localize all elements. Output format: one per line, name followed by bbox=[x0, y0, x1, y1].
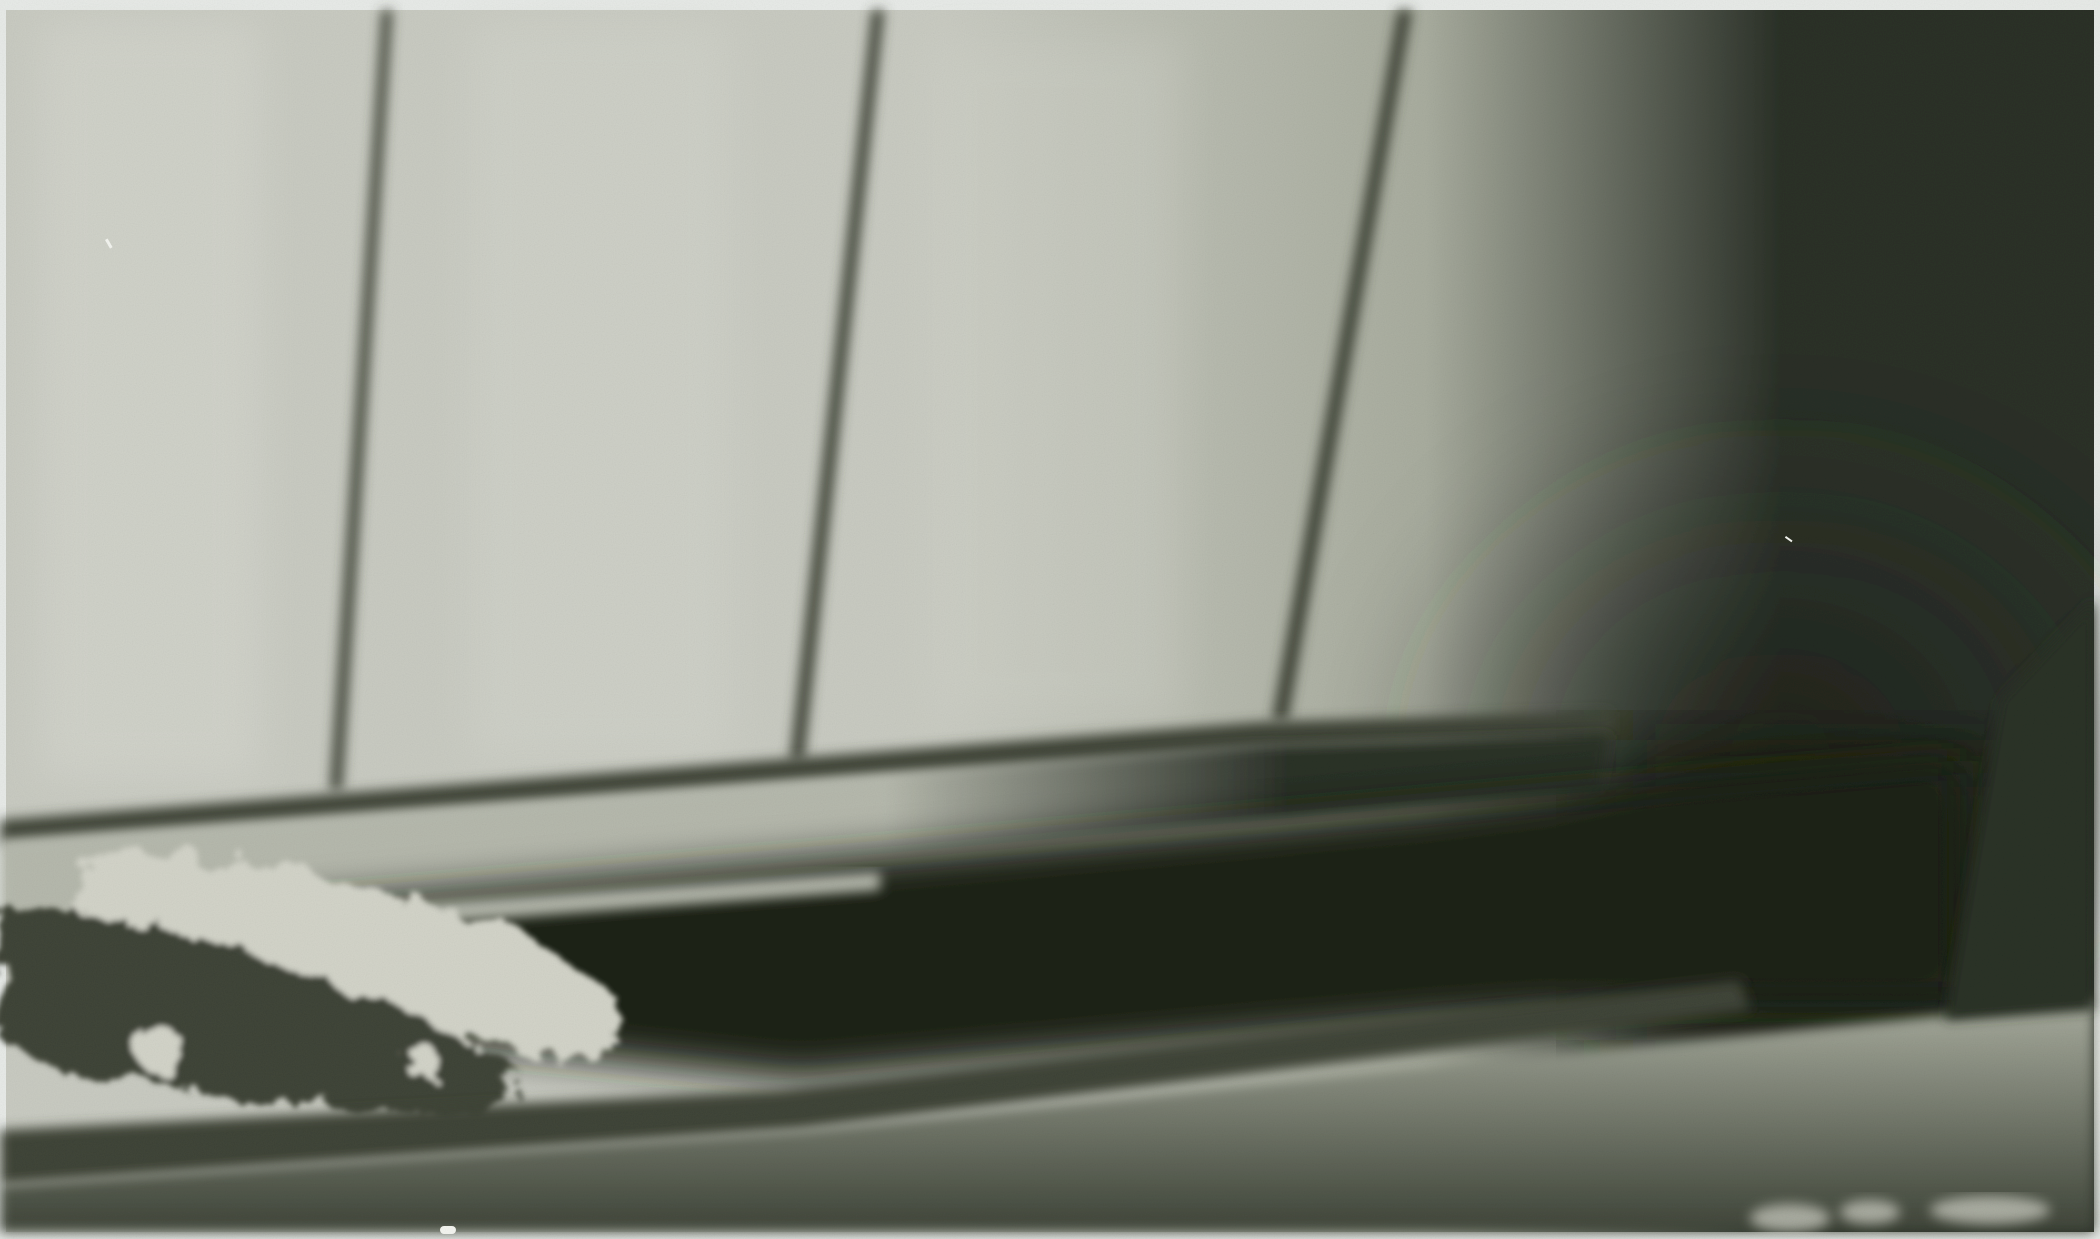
photo-scene bbox=[0, 0, 2100, 1239]
photograph: Old photograph of a vertical-plank woode… bbox=[0, 0, 2100, 1239]
